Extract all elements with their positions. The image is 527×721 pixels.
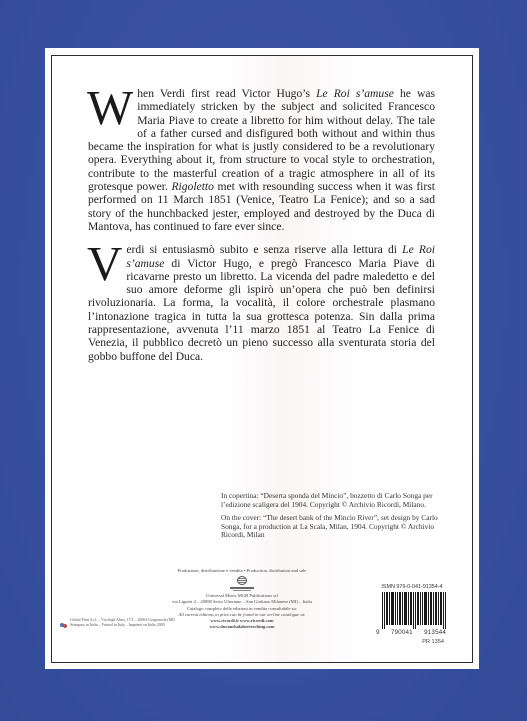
ean-left-digits: 790041: [391, 629, 413, 636]
ean-right-digits: 913544: [424, 629, 446, 636]
barcode-block: ISMN 979-0-041-91354-4: [376, 584, 448, 645]
caption-english: On the cover: “The desert bank of the Mi…: [221, 514, 445, 540]
english-title-le-roi: Le Roi s’amuse: [316, 87, 394, 100]
printer-text: Global Print S.r.l. – Via degli Abeti, 1…: [70, 618, 175, 628]
back-cover-panel: When Verdi first read Victor Hugo’s Le R…: [45, 48, 479, 669]
inner-frame: When Verdi first read Victor Hugo’s Le R…: [51, 55, 473, 663]
printer-line-2: Stampato in Italia – Printed in Italy – …: [70, 623, 175, 628]
dropcap-english: W: [87, 89, 133, 127]
publisher-credits: Produzione, distribuzione e vendita • Pr…: [162, 568, 322, 630]
english-seg-2: he was immediately stricken by the subje…: [88, 87, 435, 193]
english-paragraph: When Verdi first read Victor Hugo’s Le R…: [88, 87, 435, 233]
ean-digits: 9 790041 913544: [376, 629, 446, 636]
websites-line-2: www.durandsalabertesching.com: [162, 624, 322, 630]
italian-seg-0: erdi si entusiasmò subito e senza riserv…: [126, 243, 402, 256]
publisher-address: via Liguria 4 – 20098 Sesto Ulteriano – …: [162, 599, 322, 605]
caption-italian: In copertina: “Deserta sponda del Mincio…: [221, 492, 445, 509]
english-seg-0: hen Verdi first read Victor Hugo’s: [137, 87, 316, 100]
italian-paragraph: Verdi si entusiasmò subito e senza riser…: [88, 243, 435, 363]
universal-music-globe-icon: [229, 576, 255, 592]
ismn-label: ISMN 979-0-041-91354-4: [376, 584, 448, 590]
italian-seg-2: di Victor Hugo, e pregò Francesco Maria …: [88, 257, 435, 363]
ean-lead-digit: 9: [376, 629, 380, 636]
dropcap-italian: V: [87, 245, 122, 283]
barcode-icon: [382, 592, 446, 629]
product-code: PR 1354: [376, 639, 448, 645]
english-title-rigoletto: Rigoletto: [171, 180, 214, 193]
description-text: When Verdi first read Victor Hugo’s Le R…: [88, 87, 435, 373]
cover-caption: In copertina: “Deserta sponda del Mincio…: [221, 492, 445, 545]
printer-logo-icon: [60, 622, 67, 628]
distribution-line: Produzione, distribuzione e vendita • Pr…: [162, 568, 322, 574]
